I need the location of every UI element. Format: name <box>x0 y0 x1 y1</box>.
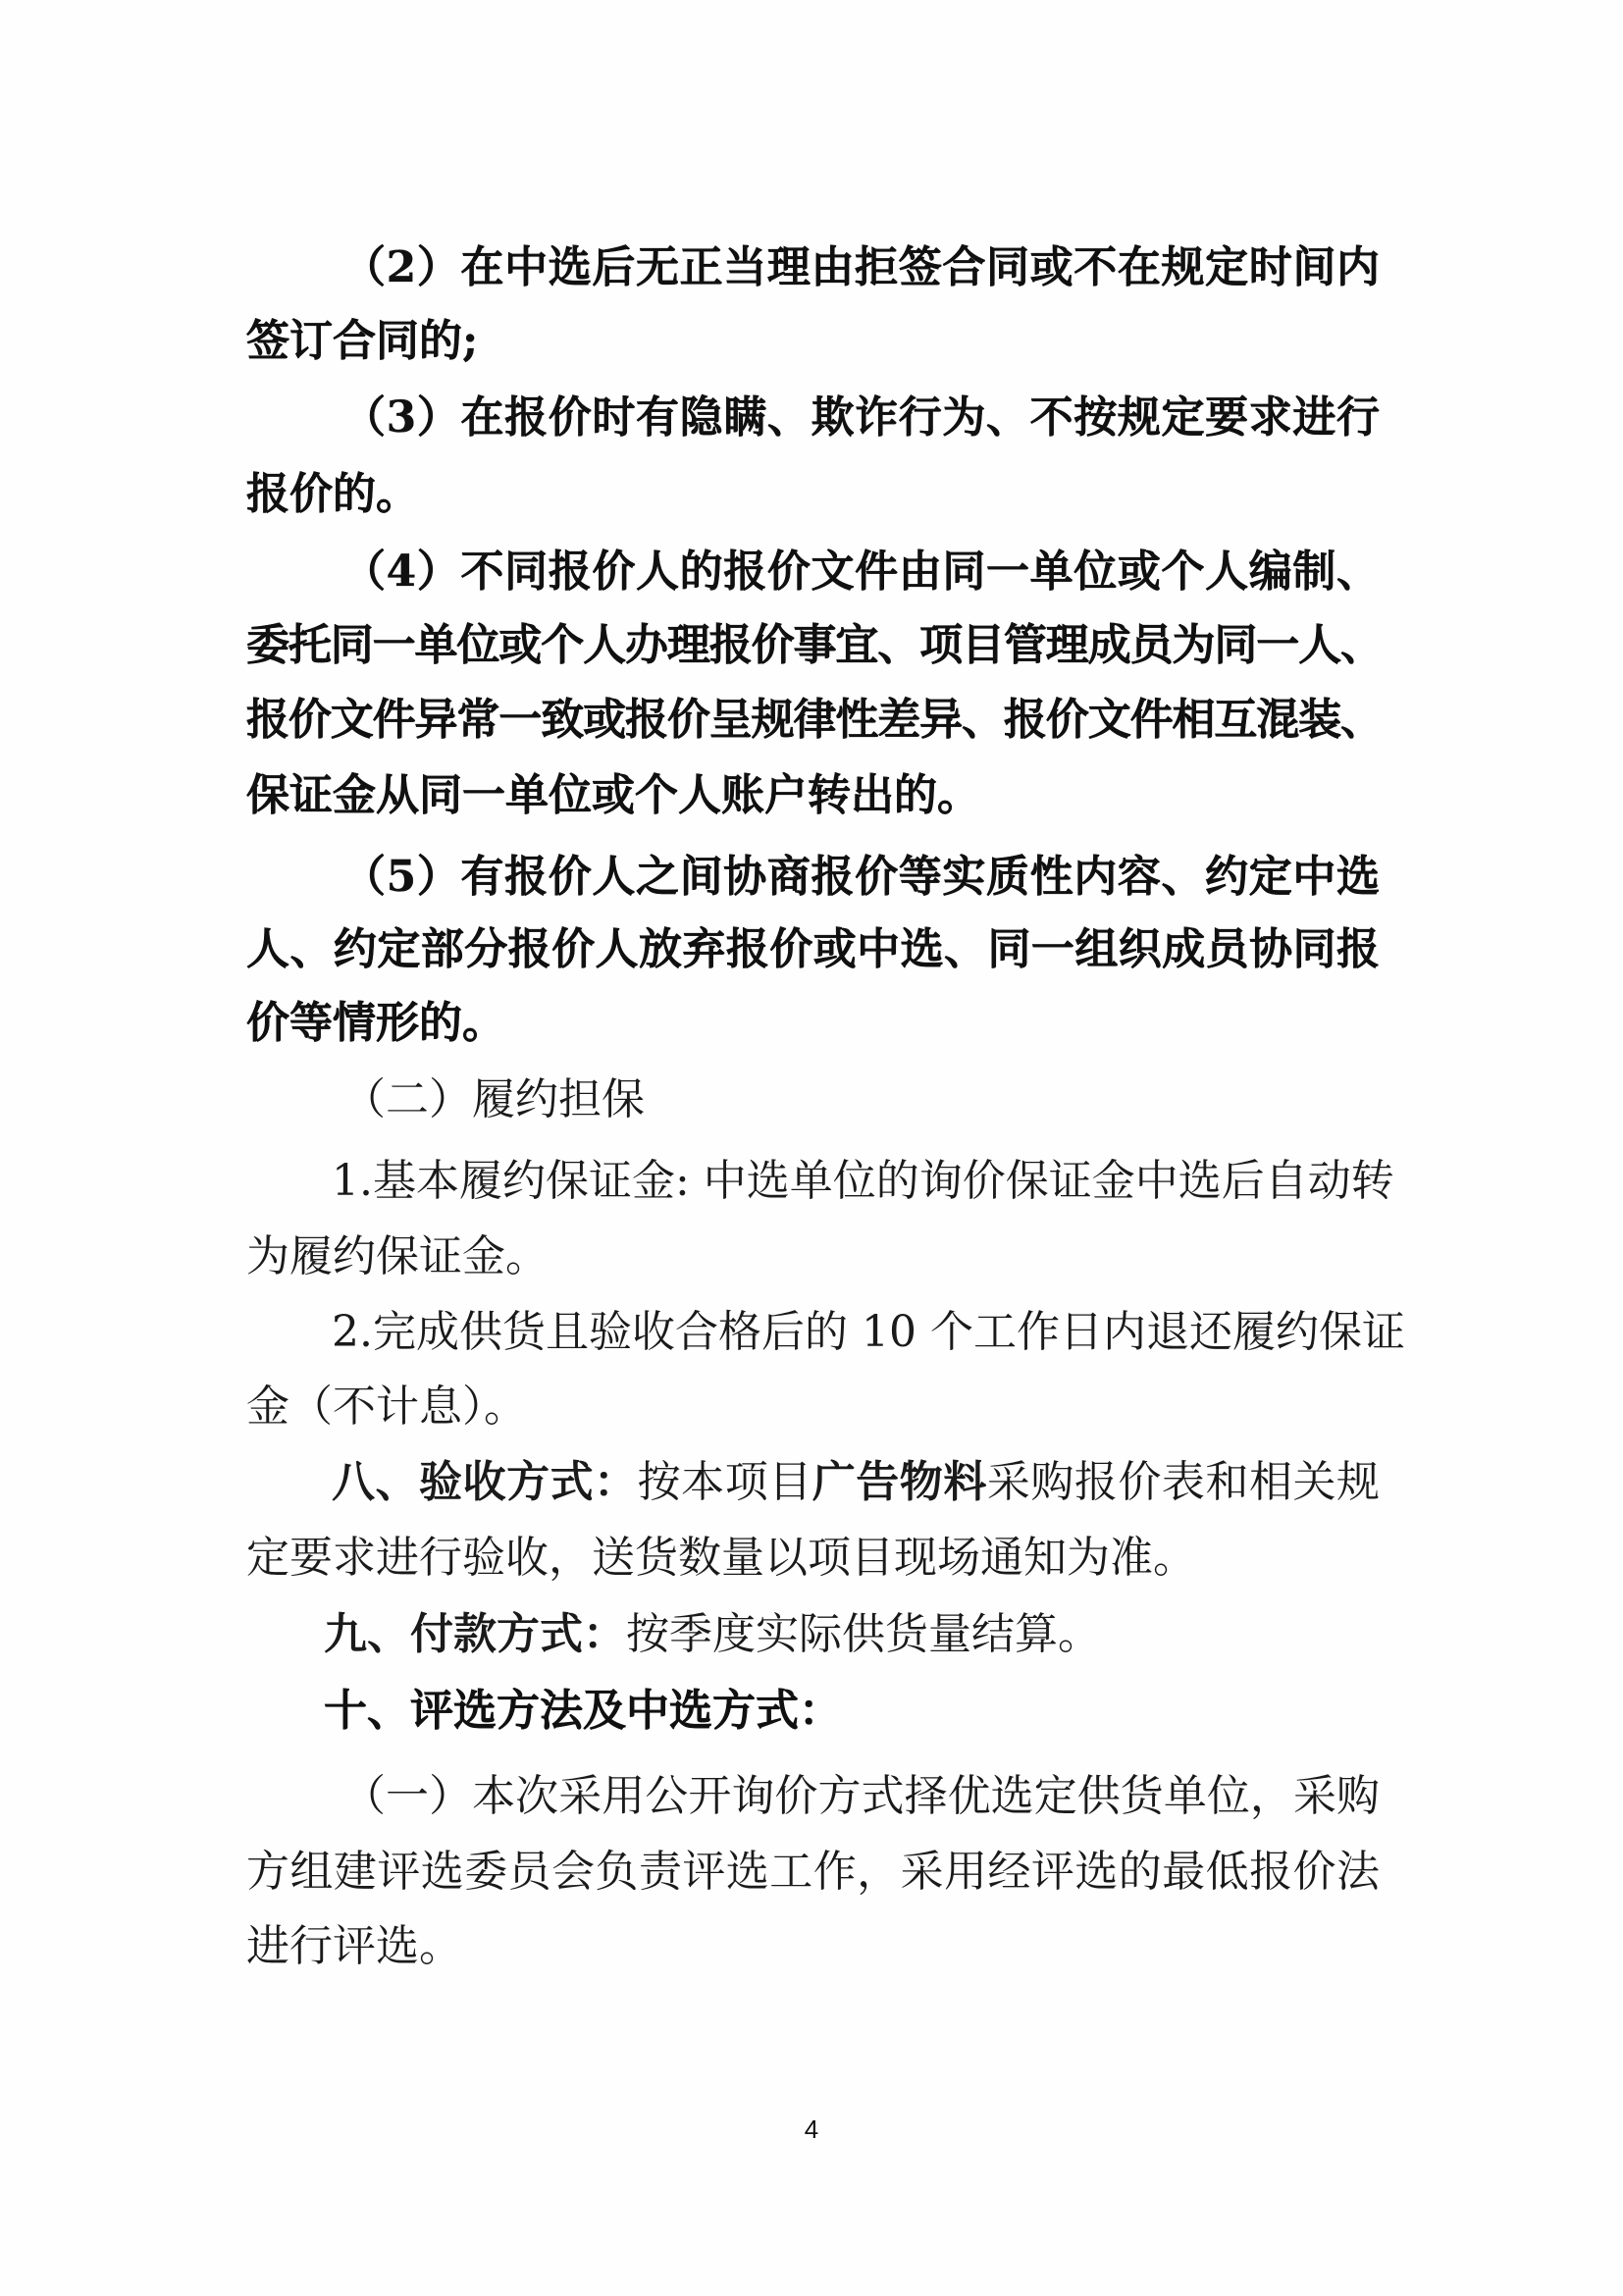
section-9-payment: 九、付款方式：按季度实际供货量结算。 <box>324 1596 1380 1672</box>
clause-4-line-4: 保证金从同一单位或个人账户转出的。 <box>246 757 1380 833</box>
section-9-text: 按季度实际供货量结算。 <box>626 1609 1101 1659</box>
section-10-item-1-line-3: 进行评选。 <box>246 1908 1380 1984</box>
section-10-heading: 十、评选方法及中选方式： <box>324 1673 1380 1748</box>
guarantee-item-1-line-2: 为履约保证金。 <box>246 1219 1380 1294</box>
clause-2-line-2: 签订合同的; <box>246 303 1380 379</box>
section-8-heading: 八、验收方式： <box>332 1457 638 1507</box>
page-number: 4 <box>785 2112 838 2147</box>
section-8-highlight-ad-materials: 广告物料 <box>812 1457 987 1507</box>
guarantee-item-2-line-2: 金（不计息）。 <box>246 1369 1380 1444</box>
section-8-acceptance-line-1: 八、验收方式：按本项目广告物料采购报价表和相关规 <box>332 1444 1380 1520</box>
section-9-heading: 九、付款方式： <box>324 1609 626 1659</box>
section-10-item-1-line-1: （一）本次采用公开询价方式择优选定供货单位，采购 <box>342 1758 1380 1834</box>
section-8-acceptance-line-2: 定要求进行验收，送货数量以项目现场通知为准。 <box>246 1520 1380 1595</box>
clause-3-line-1: （3）在报价时有隐瞒、欺诈行为、不按规定要求进行 <box>342 380 1380 455</box>
document-page: （2）在中选后无正当理由拒签合同或不在规定时间内 签订合同的; （3）在报价时有… <box>0 0 1623 2296</box>
clause-2-line-1: （2）在中选后无正当理由拒签合同或不在规定时间内 <box>342 230 1380 305</box>
guarantee-item-1-line-1: 1.基本履约保证金: 中选单位的询价保证金中选后自动转 <box>332 1143 1380 1219</box>
clause-5-line-1: （5）有报价人之间协商报价等实质性内容、约定中选 <box>342 839 1380 914</box>
clause-4-line-2: 委托同一单位或个人办理报价事宜、项目管理成员为同一人、 <box>246 607 1380 683</box>
clause-3-line-2: 报价的。 <box>246 456 1380 532</box>
section-8-text-b: 采购报价表和相关规 <box>987 1457 1380 1507</box>
section-8-text-a: 按本项目 <box>638 1457 812 1507</box>
guarantee-item-2-line-1: 2.完成供货且验收合格后的 10 个工作日内退还履约保证 <box>332 1294 1380 1370</box>
clause-5-line-2: 人、约定部分报价人放弃报价或中选、同一组织成员协同报 <box>246 912 1380 987</box>
clause-4-line-3: 报价文件异常一致或报价呈规律性差异、报价文件相互混装、 <box>246 682 1380 757</box>
clause-5-line-3: 价等情形的。 <box>246 985 1380 1061</box>
clause-4-line-1: （4）不同报价人的报价文件由同一单位或个人编制、 <box>342 534 1380 609</box>
section-heading-performance-guarantee: （二）履约担保 <box>342 1062 1380 1137</box>
section-10-item-1-line-2: 方组建评选委员会负责评选工作，采用经评选的最低报价法 <box>246 1834 1380 1909</box>
